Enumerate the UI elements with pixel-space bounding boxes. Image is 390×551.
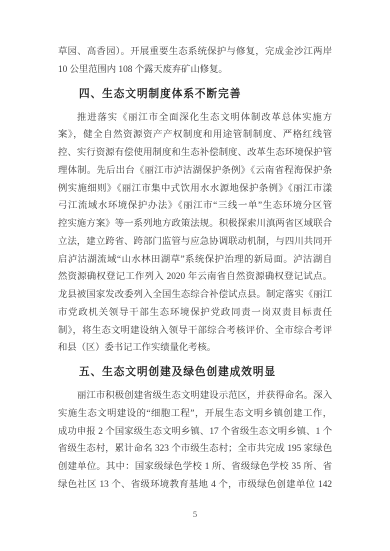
text-line: 控、实行资源有偿使用制度和生态补偿制度、改革生态环境保护管 <box>58 145 332 163</box>
text-line: 实施生态文明建设的“细胞工程”，开展生态文明乡镇创建工作， <box>58 406 332 424</box>
document-page: 草园、高香园）。开展重要生态系统保护与修复，完成金沙江两岸 10 公里范围内 1… <box>0 0 390 551</box>
text-line: 创建单位。其中：国家级绿色学校 1 所、省级绿色学校 35 所、省级 <box>58 459 332 477</box>
text-line: 理体制。先后出台《丽江市泸沽湖保护条例》《云南省程海保护条 <box>58 163 332 181</box>
text-line: 然资源确权登记工作列入 2020 年云南省自然资源确权登记试点。玉 <box>58 269 332 287</box>
text-line: 制》，将生态文明建设纳入领导干部综合考核评价、全市综合考评 <box>58 323 332 341</box>
text-line: 市党政机关领导干部生态环境保护党政同责一岗双责目标责任 <box>58 305 332 323</box>
section-heading-4: 四、生态文明制度体系不断完善 <box>58 86 332 104</box>
text-line: 丽江市积极创建省级生态文明建设示范区，并获得命名。深入 <box>58 388 332 406</box>
text-line: 启泸沽湖流域“山水林田湖草”系统保护治理的新局面。泸沽湖自 <box>58 252 332 270</box>
section-heading-5: 五、生态文明创建及绿色创建成效明显 <box>58 364 332 382</box>
text-line: 成功申报 2 个国家级生态文明乡镇、17 个省级生态文明乡镇、1 个 <box>58 424 332 442</box>
text-line: 弓江流域水环境保护办法》《丽江市“三线一单”生态环境分区管 <box>58 198 332 216</box>
page-number: 5 <box>0 509 390 519</box>
paragraph-continuation: 草园、高香园）。开展重要生态系统保护与修复，完成金沙江两岸 10 公里范围内 1… <box>58 44 332 80</box>
text-line: 立法，建立跨省、跨部门监管与应急协调联动机制，与四川共同开 <box>58 234 332 252</box>
paragraph-section-4: 推进落实《丽江市全面深化生态文明体制改革总体实施方 案》，健全自然资源资产产权制… <box>58 110 332 359</box>
text-line: 和县（区）委书记工作实绩量化考核。 <box>58 340 332 358</box>
text-line: 龙县被国家发改委列入全国生态综合补偿试点县。制定落实《丽江 <box>58 287 332 305</box>
text-line: 例实施细则》《丽江市集中式饮用水水源地保护条例》《丽江市漾 <box>58 181 332 199</box>
text-line: 控实施方案》等一系列地方政策法规。积极探索川滇两省区域联合 <box>58 216 332 234</box>
text-line: 绿色社区 13 个、省级环境教育基地 4 个，市级绿色创建单位 142 <box>58 477 332 495</box>
text-line: 案》，健全自然资源资产产权制度和用途管制制度、严格红线管 <box>58 127 332 145</box>
text-line: 省级生态村，累计命名 323 个市级生态村；全市共完成 195 家绿色 <box>58 441 332 459</box>
text-line: 10 公里范围内 108 个露天废弃矿山修复。 <box>58 62 332 80</box>
document-text-area: 草园、高香园）。开展重要生态系统保护与修复，完成金沙江两岸 10 公里范围内 1… <box>58 44 332 495</box>
paragraph-section-5: 丽江市积极创建省级生态文明建设示范区，并获得命名。深入 实施生态文明建设的“细胞… <box>58 388 332 495</box>
text-line: 草园、高香园）。开展重要生态系统保护与修复，完成金沙江两岸 <box>58 44 332 62</box>
text-line: 推进落实《丽江市全面深化生态文明体制改革总体实施方 <box>58 110 332 128</box>
